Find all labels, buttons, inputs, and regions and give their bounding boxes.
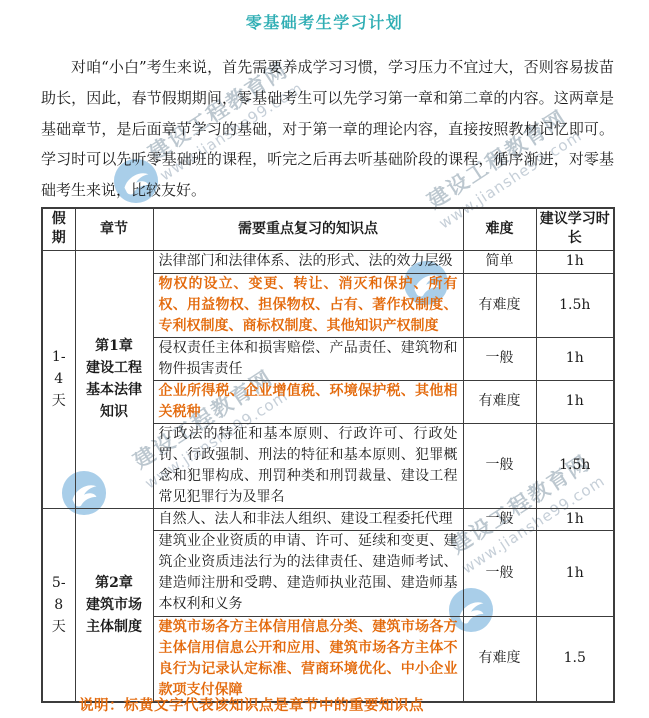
study-plan-table: 假期 章节 需要重点复习的知识点 难度 建议学习时长 1- 4 天 第1章 建设… [41, 207, 615, 703]
period-cell: 5- 8 天 [42, 508, 75, 702]
knowledge-cell: 建筑市场各方主体信用信息分类、建筑市场各方主体信用信息公开和应用、建筑市场各方主… [153, 616, 463, 702]
duration-cell: 1.5h [536, 273, 614, 337]
knowledge-cell: 行政法的特征和基本原则、行政许可、行政处罚、行政强制、刑法的特征和基本原则、犯罪… [153, 423, 463, 508]
period-line: 1- [48, 346, 70, 368]
duration-cell: 1h [536, 337, 614, 380]
chapter-line: 主体制度 [81, 616, 148, 638]
duration-cell: 1.5 [536, 616, 614, 702]
header-cell-knowledge: 需要重点复习的知识点 [153, 208, 463, 250]
chapter-line: 建筑市场 [81, 594, 148, 616]
knowledge-cell: 自然人、法人和非法人组织、建设工程委托代理 [153, 508, 463, 530]
knowledge-cell: 法律部门和法律体系、法的形式、法的效力层级 [153, 250, 463, 273]
period-line: 4 [48, 368, 70, 390]
page-title: 零基础考生学习计划 [0, 10, 649, 33]
difficulty-cell: 有难度 [463, 616, 536, 702]
table-row: 5- 8 天 第2章 建筑市场 主体制度 自然人、法人和非法人组织、建设工程委托… [42, 508, 614, 530]
header-cell-duration: 建议学习时长 [536, 208, 614, 250]
chapter-line: 知识 [81, 401, 148, 423]
knowledge-cell: 企业所得税、企业增值税、环境保护税、其他相关税种 [153, 380, 463, 423]
difficulty-cell: 一般 [463, 423, 536, 508]
footnote: 说明：标黄文字代表该知识点是章节中的重要知识点 [79, 694, 424, 715]
header-cell-period: 假期 [42, 208, 75, 250]
chapter-line: 第1章 [81, 335, 148, 357]
duration-cell: 1h [536, 380, 614, 423]
difficulty-cell: 有难度 [463, 380, 536, 423]
chapter-cell: 第1章 建设工程 基本法律 知识 [75, 250, 153, 508]
table-row: 1- 4 天 第1章 建设工程 基本法律 知识 法律部门和法律体系、法的形式、法… [42, 250, 614, 273]
period-line: 天 [48, 616, 70, 638]
difficulty-cell: 有难度 [463, 273, 536, 337]
difficulty-cell: 一般 [463, 530, 536, 616]
knowledge-cell: 侵权责任主体和损害赔偿、产品责任、建筑物和物件损害责任 [153, 337, 463, 380]
header-cell-difficulty: 难度 [463, 208, 536, 250]
chapter-line: 第2章 [81, 572, 148, 594]
header-cell-chapter: 章节 [75, 208, 153, 250]
duration-cell: 1h [536, 530, 614, 616]
duration-cell: 1h [536, 250, 614, 273]
difficulty-cell: 一般 [463, 337, 536, 380]
period-line: 天 [48, 390, 70, 412]
table-header-row: 假期 章节 需要重点复习的知识点 难度 建议学习时长 [42, 208, 614, 250]
duration-cell: 1.5h [536, 423, 614, 508]
knowledge-cell: 物权的设立、变更、转让、消灭和保护、所有权、用益物权、担保物权、占有、著作权制度… [153, 273, 463, 337]
intro-paragraph: 对咱“小白”考生来说，首先需要养成学习习惯，学习压力不宜过大，否则容易拔苗助长，… [41, 52, 614, 206]
chapter-cell: 第2章 建筑市场 主体制度 [75, 508, 153, 702]
difficulty-cell: 一般 [463, 508, 536, 530]
knowledge-cell: 建筑业企业资质的申请、许可、延续和变更、建筑企业资质违法行为的法律责任、建造师考… [153, 530, 463, 616]
period-cell: 1- 4 天 [42, 250, 75, 508]
duration-cell: 1h [536, 508, 614, 530]
period-line: 8 [48, 594, 70, 616]
chapter-line: 建设工程 [81, 357, 148, 379]
period-line: 5- [48, 572, 70, 594]
document-page: 零基础考生学习计划 对咱“小白”考生来说，首先需要养成学习习惯，学习压力不宜过大… [0, 0, 649, 718]
chapter-line: 基本法律 [81, 379, 148, 401]
difficulty-cell: 简单 [463, 250, 536, 273]
